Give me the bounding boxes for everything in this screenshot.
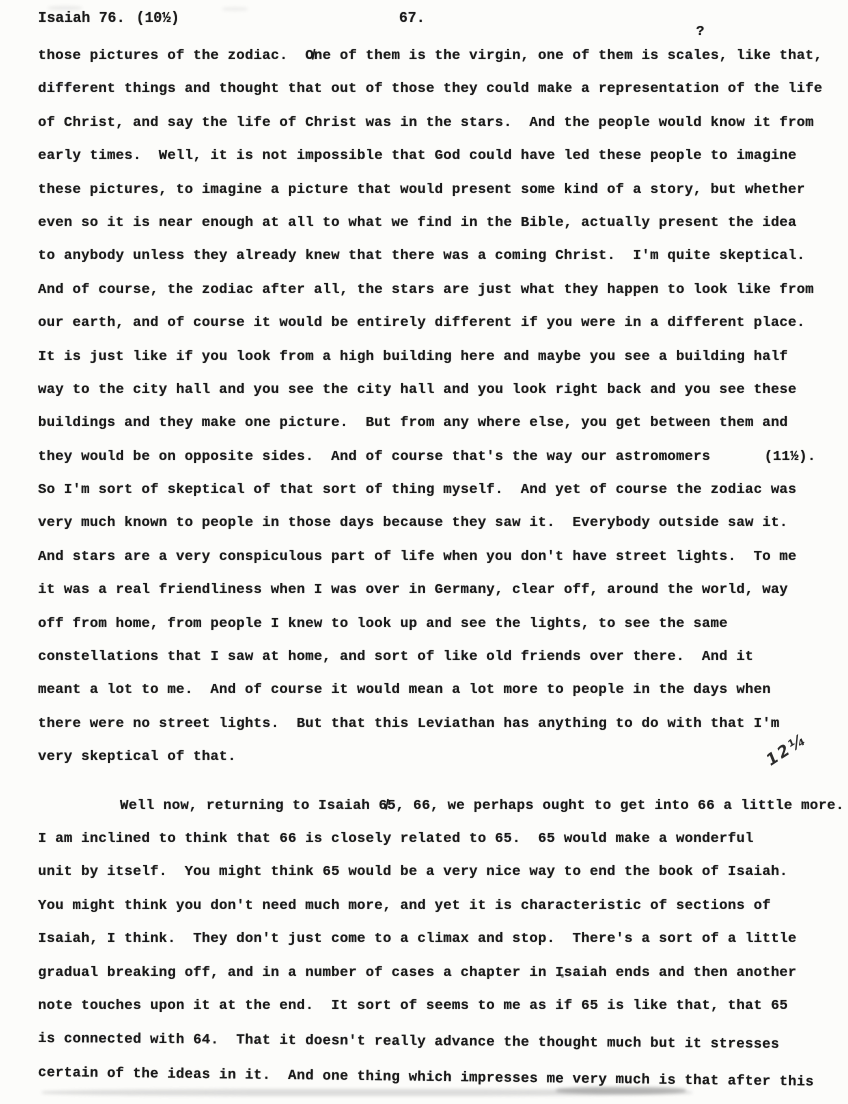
text-line: I am inclined to think that 66 is closel… [38,823,816,856]
text-line-with-time-marker: they would be on opposite sides. And of … [38,441,816,474]
text-line: gradual breaking off, and in a number of… [38,957,816,990]
text-line: off from home, from people I knew to loo… [38,608,816,641]
text-line: You might think you don't need much more… [38,890,816,923]
text-line: buildings and they make one picture. But… [38,407,816,440]
text-line: of Christ, and say the life of Christ wa… [38,107,816,140]
transcript-body: those pictures of the zodiac. O̸ne of th… [38,40,816,1090]
page-header: Isaiah 76. (10½) 67. [0,11,848,37]
text-line: early times. Well, it is not impossible … [38,140,816,173]
text-line: constellations that I saw at home, and s… [38,641,816,674]
text-line: is connected with 64. That it doesn't re… [38,1023,816,1063]
text-line: It is just like if you look from a high … [38,341,816,374]
text-line: unit by itself. You might think 65 would… [38,856,816,889]
scan-smudge [222,7,248,11]
text-line: Isaiah, I think. They don't just come to… [38,923,816,956]
text-line: those pictures of the zodiac. O̸ne of th… [38,40,816,73]
tape-counter-reference: (10½) [136,11,180,27]
document-page: Isaiah 76. (10½) 67. ? those pictures of… [0,0,848,1104]
text-line: And stars are a very conspiculous part o… [38,541,816,574]
text-line: our earth, and of course it would be ent… [38,307,816,340]
text-line: these pictures, to imagine a picture tha… [38,174,816,207]
text-line: note touches upon it at the end. It sort… [38,990,816,1023]
text-line: very much known to people in those days … [38,507,816,540]
tape-time-marker: (11½). [764,441,816,474]
ink-speck [561,974,564,978]
text-line: to anybody unless they already knew that… [38,240,816,273]
document-title: Isaiah 76. [38,11,125,27]
text-line: Well now, returning to Isaiah 6̸5, 66, w… [38,790,816,823]
text-line: there were no street lights. But that th… [38,708,816,741]
scan-smudge [48,6,82,10]
text-line: different things and thought that out of… [38,73,816,106]
text-line: very skeptical of that. [38,741,816,774]
text-line: they would be on opposite sides. And of … [38,441,710,474]
page-number: 67. [399,11,425,27]
text-line: And of course, the zodiac after all, the… [38,274,816,307]
text-line: So I'm sort of skeptical of that sort of… [38,474,816,507]
text-line: way to the city hall and you see the cit… [38,374,816,407]
typed-question-mark-annotation: ? [696,24,704,40]
text-line: it was a real friendliness when I was ov… [38,574,816,607]
scan-smudge [556,1087,686,1094]
text-line: even so it is near enough at all to what… [38,207,816,240]
paragraph-gap [38,775,816,790]
text-line: meant a lot to me. And of course it woul… [38,674,816,707]
